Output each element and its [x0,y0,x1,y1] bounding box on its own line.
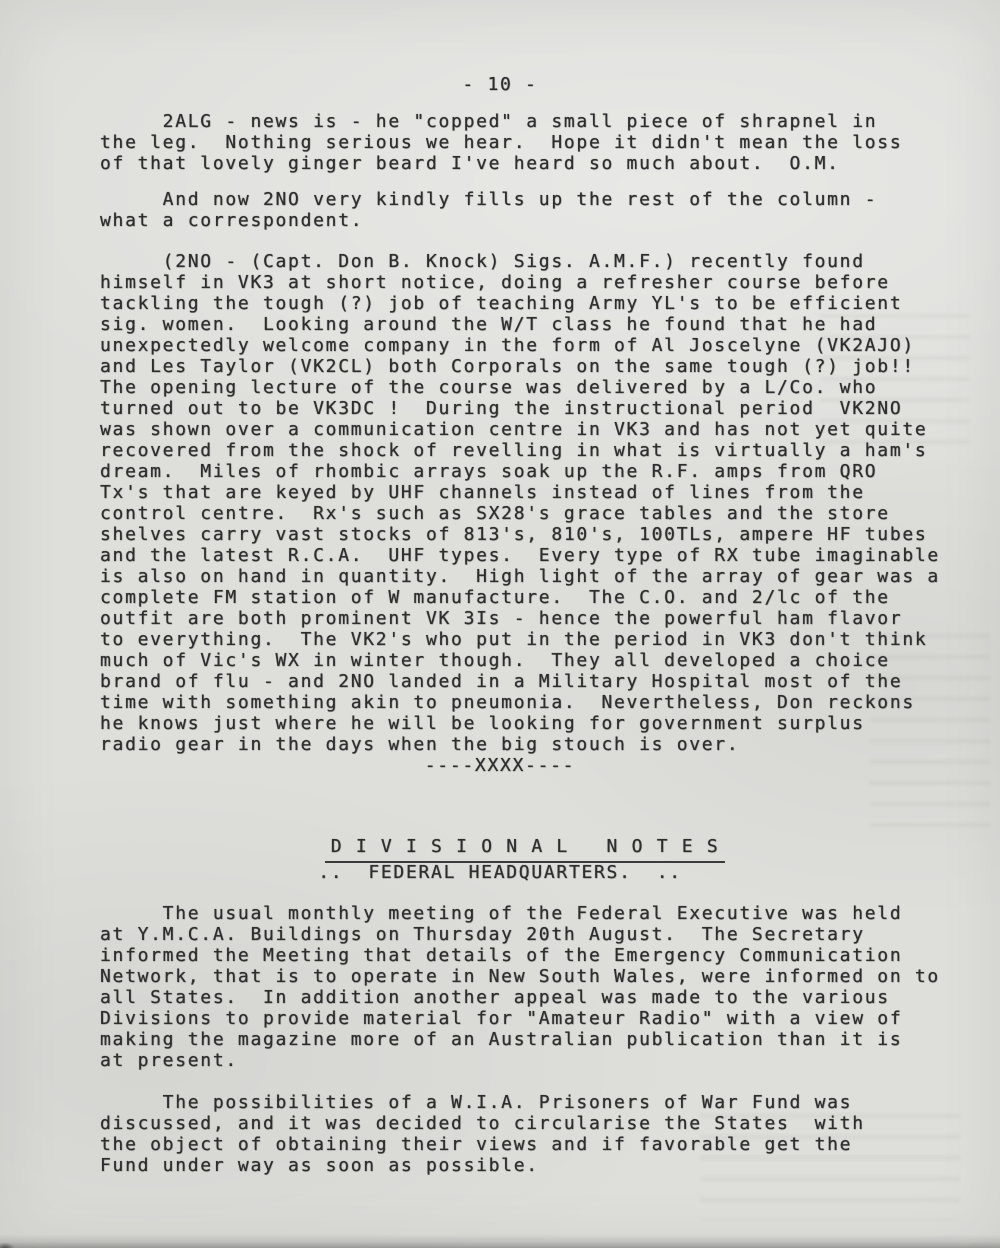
paragraph-federal-executive: The usual monthly meeting of the Federal… [100,903,940,1071]
paragraph-2no-intro: And now 2NO very kindly fills up the res… [100,189,877,231]
section-divider: ----XXXX---- [0,755,1000,776]
page-bottom-edge-shadow [0,1234,1000,1248]
paragraph-2alg-news: 2ALG - news is - he "copped" a small pie… [100,111,902,174]
divisional-notes-heading: D I V I S I O N A L N O T E S [325,836,726,863]
paragraph-pow-fund: The possibilities of a W.I.A. Prisoners … [100,1092,865,1176]
paragraph-2no-report: (2NO - (Capt. Don B. Knock) Sigs. A.M.F.… [100,251,940,755]
corner-ink-smudge [0,1236,26,1248]
federal-headquarters-subheading: .. FEDERAL HEADQUARTERS. .. [0,862,1000,883]
page-number: - 10 - [0,74,1000,95]
document-page: - 10 - 2ALG - news is - he "copped" a sm… [0,0,1000,1248]
